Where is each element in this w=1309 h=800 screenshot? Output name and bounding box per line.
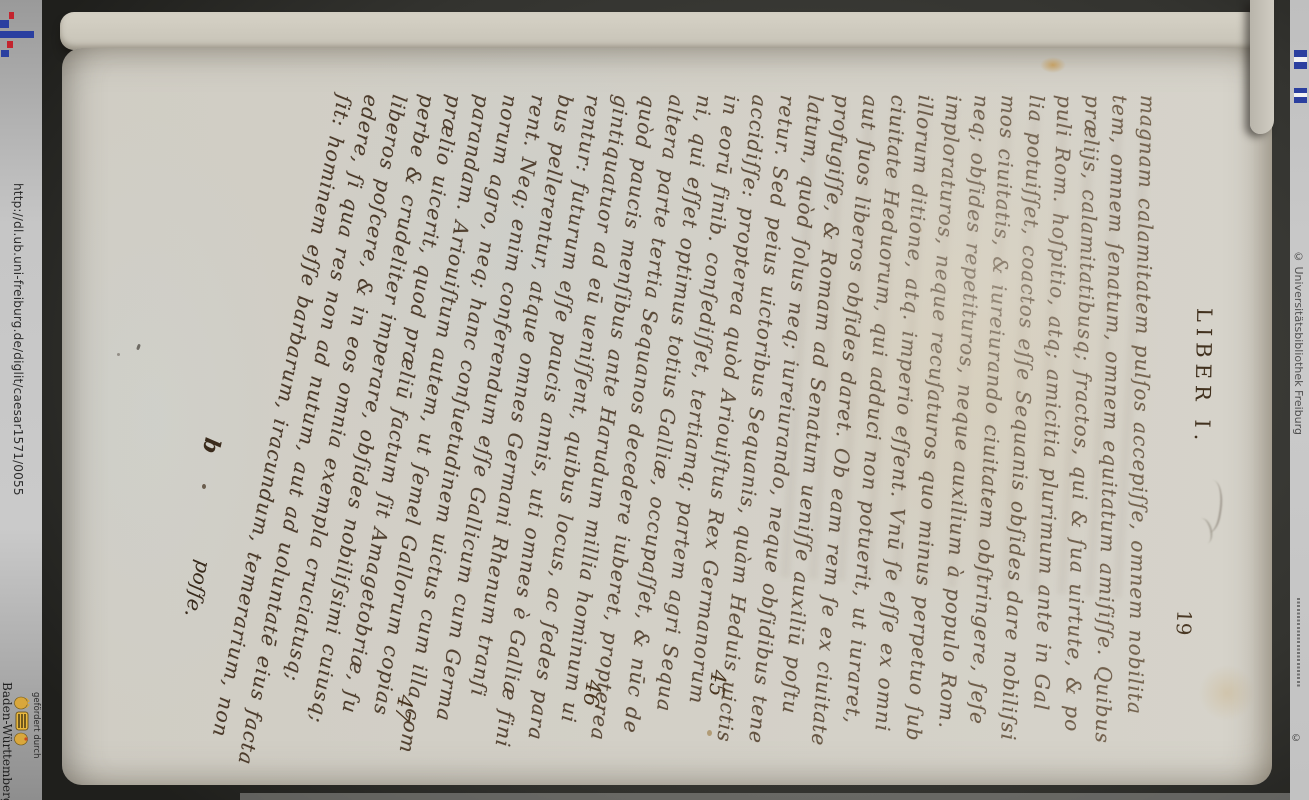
blue-bar-icon[interactable]: [1, 50, 9, 57]
margin-section-number: 46: [579, 678, 607, 708]
flag-band: [1294, 93, 1307, 97]
text-block: magnam calamitatem pulſos accepiſſe, omn…: [62, 95, 1272, 695]
foxing-spot: [707, 730, 712, 736]
book-page: LIBER I. 19 magnam calamitatem pulſos ac…: [62, 48, 1272, 785]
blue-flag-marker-icon[interactable]: [1294, 88, 1307, 103]
paper-stain: [1040, 57, 1066, 73]
blue-flag-marker-icon[interactable]: [1294, 50, 1307, 69]
copyright-caption: © Universitätsbibliothek Freiburg: [1292, 250, 1305, 435]
illegible-microtext: [1297, 598, 1300, 688]
adjacent-leaf-edge: [60, 12, 1262, 50]
flag-band: [1294, 57, 1307, 62]
scan-viewer: LIBER I. 19 magnam calamitatem pulſos ac…: [0, 0, 1309, 800]
blue-bar-icon[interactable]: [0, 20, 9, 28]
margin-section-number: 47: [390, 693, 418, 724]
funding-label: gefördert durch: [31, 692, 41, 758]
blue-bar-icon[interactable]: [0, 31, 34, 38]
document-url-caption: http://dl.ub.uni-freiburg.de/diglit/caes…: [11, 183, 25, 563]
funding-region-label: Baden-Württemberg: [0, 682, 14, 800]
facing-page-corner: [1250, 0, 1274, 134]
baden-wuerttemberg-crest-icon: [14, 695, 30, 747]
scanner-bed-edge: [240, 793, 1309, 800]
copyright-mark: ©: [1291, 733, 1301, 744]
margin-section-number: 45: [704, 669, 731, 698]
red-marker-icon[interactable]: [9, 12, 14, 19]
red-marker-icon[interactable]: [7, 41, 13, 48]
